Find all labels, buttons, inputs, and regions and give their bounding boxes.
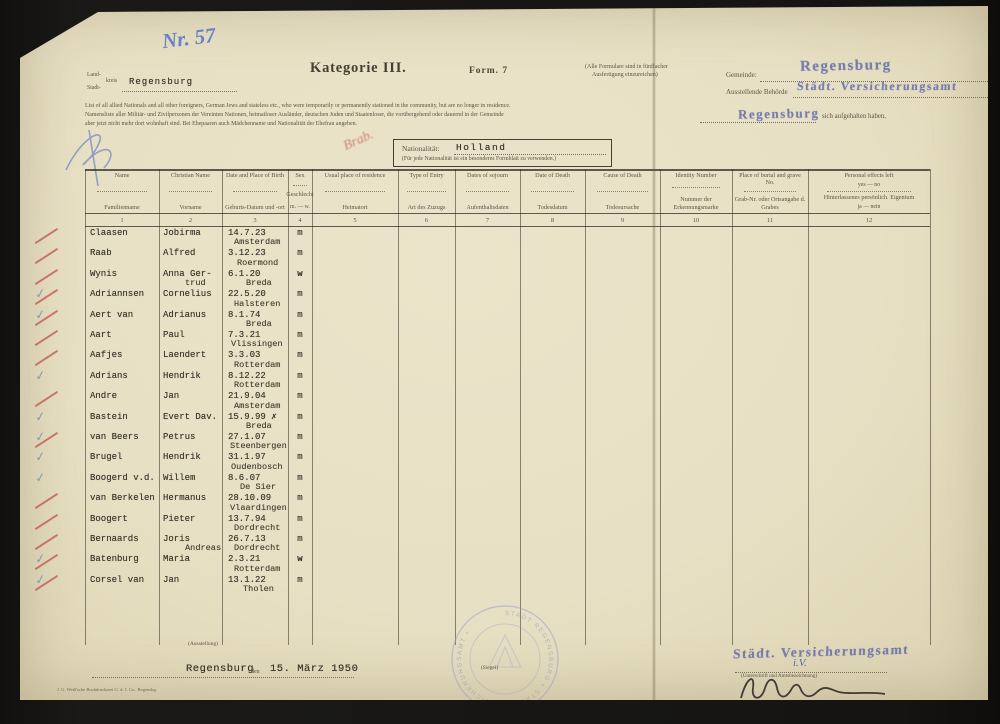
table-row: ✓Aert vanAdrianus8.1.74Bredam xyxy=(85,309,930,329)
column-number: 5 xyxy=(312,214,398,226)
row-birth-place: Dordrecht xyxy=(234,543,280,553)
red-checkmark xyxy=(35,534,59,551)
column-header-german: Geburts-Datum und -ort xyxy=(225,204,285,211)
row-surname: Boogert xyxy=(90,514,128,524)
row-first-name: Adrianus xyxy=(163,310,206,320)
row-surname: Adriannsen xyxy=(90,289,144,299)
row-sex: m xyxy=(288,514,312,524)
column-number: 3 xyxy=(222,214,288,226)
column-header: Dates of sojournAufenthaltsdaten xyxy=(455,171,520,212)
column-header-german: Todesdatum xyxy=(537,204,567,211)
column-number: 10 xyxy=(660,214,732,226)
column-header-german: Vorname xyxy=(179,204,201,211)
table-row: BernaardsJorisAndreas26.7.13Dordrechtm xyxy=(85,533,930,553)
table-row: ✓AdriansHendrik8.12.22Rotterdamm xyxy=(85,370,930,390)
kreis-line xyxy=(122,90,237,92)
row-sex: w xyxy=(288,269,312,279)
blue-checkmark: ✓ xyxy=(34,572,47,589)
header-divider xyxy=(672,187,721,188)
issue-date-typed: 15. März 1950 xyxy=(270,663,358,675)
copies-note-line2: Ausfertigung einzureichen) xyxy=(592,72,658,78)
row-birth-place: Halsteren xyxy=(234,299,280,309)
column-header: Cause of DeathTodesursache xyxy=(585,171,660,212)
row-birth-place: Breda xyxy=(246,421,272,431)
roster-table: NameFamilienname1Christian NameVorname2D… xyxy=(85,169,930,645)
row-birth-place: Roermond xyxy=(237,258,278,268)
row-birth-place: Tholen xyxy=(243,584,274,594)
header-divider xyxy=(466,191,510,192)
row-birth-place: Oudenbosch xyxy=(231,462,283,472)
column-header-german: Todesursache xyxy=(606,204,640,211)
instructions-german-2: aber jetzt nicht mehr dort wohnhaft sind… xyxy=(85,121,585,127)
column-header: Usual place of residenceHeimatort xyxy=(312,171,398,212)
table-row: ✓BasteinEvert Dav.15.9.99 ✗Bredam xyxy=(85,411,930,431)
blue-checkmark: ✓ xyxy=(34,409,47,426)
row-sex: m xyxy=(288,228,312,238)
kreis-value: Regensburg xyxy=(129,77,193,87)
row-first-name: Laendert xyxy=(163,350,206,360)
row-sex: m xyxy=(288,330,312,340)
table-row: ClaasenJobirma14.7.23Amsterdamm xyxy=(85,227,930,247)
header-divider xyxy=(97,191,147,192)
nationality-label: Nationalität: xyxy=(402,144,440,153)
column-header-german: Geschlecht xyxy=(286,191,314,198)
row-first-name: Evert Dav. xyxy=(163,412,217,422)
table-row: ✓van BeersPetrus27.1.07Steenbergenm xyxy=(85,431,930,451)
red-checkmark xyxy=(35,391,59,408)
row-first-name: Jan xyxy=(163,575,179,585)
row-first-name: Paul xyxy=(163,330,185,340)
row-surname: Brugel xyxy=(90,452,122,462)
row-surname: Bernaards xyxy=(90,534,139,544)
kreis-label-top: Land- xyxy=(87,72,101,78)
blue-checkmark: ✓ xyxy=(34,286,47,303)
kreis-label-bottom: Stadt- xyxy=(87,85,101,91)
column-header: NameFamilienname xyxy=(85,171,159,212)
form-number: Form. 7 xyxy=(469,66,508,76)
blue-checkmark: ✓ xyxy=(34,429,47,446)
column-header-german: Hinterlassenes persönlich. Eigentum xyxy=(824,194,915,201)
column-number: 12 xyxy=(808,214,930,226)
row-first-name: Willem xyxy=(163,473,195,483)
row-birth-place: Rotterdam xyxy=(234,360,280,370)
gemeinde-stamp: Regensburg xyxy=(800,57,892,76)
column-header-english: Usual place of residence xyxy=(325,172,386,179)
row-surname: Wynis xyxy=(90,269,117,279)
row-surname: Aart xyxy=(90,330,112,340)
row-birth-place: Dordrecht xyxy=(234,523,280,533)
blue-checkmark: ✓ xyxy=(34,450,47,467)
row-surname: Corsel van xyxy=(90,575,144,585)
header-divider xyxy=(744,191,796,192)
column-header-german: Heimatort xyxy=(342,204,367,211)
header-divider xyxy=(407,191,445,192)
row-first-name: Jobirma xyxy=(163,228,201,238)
row-first-name: Jan xyxy=(163,391,179,401)
row-birth-place: Breda xyxy=(246,319,272,329)
column-header-english: Identity Number xyxy=(675,172,716,179)
table-row: ✓Corsel vanJan13.1.22Tholenm xyxy=(85,574,930,594)
column-header-english-sub: yes — no xyxy=(858,182,880,189)
den-label: den xyxy=(251,669,260,675)
table-row: van BerkelenHermanus28.10.09Vlaardingenm xyxy=(85,492,930,512)
column-header-english: Christian Name xyxy=(171,172,210,179)
row-sex: m xyxy=(288,412,312,422)
row-first-name: Hendrik xyxy=(163,452,201,462)
row-sex: m xyxy=(288,575,312,585)
table-row: AafjesLaendert3.3.03Rotterdamm xyxy=(85,349,930,369)
blue-checkmark: ✓ xyxy=(34,470,47,487)
row-surname: van Beers xyxy=(90,432,139,442)
red-checkmark xyxy=(35,248,59,265)
row-sex: m xyxy=(288,289,312,299)
table-row: AartPaul7.3.21Vlissingenm xyxy=(85,329,930,349)
header-divider xyxy=(293,185,307,186)
row-surname: Raab xyxy=(90,248,112,258)
handwritten-red-note: Brab. xyxy=(341,127,376,154)
column-header-german-sub: ja — nein xyxy=(858,204,881,211)
row-first-name: Cornelius xyxy=(163,289,212,299)
row-sex: w xyxy=(288,554,312,564)
column-header-german: Nummer der Erkennungsmarke xyxy=(662,196,730,211)
row-first-name-2: Andreas xyxy=(185,543,221,553)
blue-checkmark: ✓ xyxy=(34,307,47,324)
row-first-name: Petrus xyxy=(163,432,195,442)
row-first-name: Alfred xyxy=(163,248,195,258)
table-row: ✓AdriannsenCornelius22.5.20Halsterenm xyxy=(85,288,930,308)
gemeinde-label: Gemeinde: xyxy=(726,71,757,79)
row-surname: Adrians xyxy=(90,371,128,381)
column-header-german: Grab-Nr. oder Ortsangabe d. Grabes xyxy=(734,196,806,211)
row-surname: Aafjes xyxy=(90,350,122,360)
city-seal-stamp: STADT REGENSBURG • STÄDT. VERSICHERUNGSA… xyxy=(447,601,563,717)
handwritten-number-note: Nr. 57 xyxy=(161,23,217,54)
date-line xyxy=(92,676,354,678)
row-birth-place: Rotterdam xyxy=(234,564,280,574)
instructions-german-1b: sich aufgehalten haben, xyxy=(822,113,886,120)
row-sex: m xyxy=(288,350,312,360)
row-surname: Aert van xyxy=(90,310,133,320)
column-header-german: Art des Zuzugs xyxy=(408,204,446,211)
row-first-name: Pieter xyxy=(163,514,195,524)
row-birth-place: Vlissingen xyxy=(231,339,283,349)
column-header-english: Personal effects left xyxy=(844,172,893,179)
column-header: Type of EntryArt des Zuzugs xyxy=(398,171,455,212)
column-number: 9 xyxy=(585,214,660,226)
form-title: Kategorie III. xyxy=(310,60,407,77)
column-header-english: Sex xyxy=(295,172,304,179)
blue-checkmark: ✓ xyxy=(34,552,47,569)
svg-text:STADT REGENSBURG • STÄDT. VERS: STADT REGENSBURG • STÄDT. VERSICHERUNGSA… xyxy=(456,610,554,708)
column-number: 1 xyxy=(85,214,159,226)
red-checkmark xyxy=(35,228,59,245)
red-checkmark xyxy=(35,513,59,530)
column-header: Date of DeathTodesdatum xyxy=(520,171,585,212)
column-number: 6 xyxy=(398,214,455,226)
column-number: 7 xyxy=(455,214,520,226)
handwritten-signature xyxy=(735,668,895,708)
column-header-english: Date and Place of Birth xyxy=(226,172,284,179)
row-first-name: Hermanus xyxy=(163,493,206,503)
header-divider xyxy=(827,191,912,192)
row-sex: m xyxy=(288,493,312,503)
column-header: Christian NameVorname xyxy=(159,171,222,212)
row-sex: m xyxy=(288,473,312,483)
kreis-label-brace: kreis xyxy=(106,78,117,84)
table-column-line xyxy=(930,169,931,645)
header-divider xyxy=(169,191,211,192)
row-birth-place: Amsterdam xyxy=(234,401,280,411)
column-header-english: Dates of sojourn xyxy=(467,172,508,179)
nationality-note: (Für jede Nationalität ist ein besondere… xyxy=(402,156,556,162)
table-row: BoogertPieter13.7.94Dordrechtm xyxy=(85,513,930,533)
column-number: 11 xyxy=(732,214,808,226)
issue-place-typed: Regensburg xyxy=(186,663,254,675)
table-row: AndreJan21.9.04Amsterdamm xyxy=(85,390,930,410)
row-sex: m xyxy=(288,310,312,320)
column-header-german-sub: m. — w. xyxy=(290,204,310,211)
paper-sheet: Nr. 57 Kategorie III. Form. 7 (Alle Form… xyxy=(20,6,988,700)
behoerde-label: Ausstellende Behörde xyxy=(726,88,788,96)
instructions-english: List of all allied Nationals and all oth… xyxy=(85,103,701,109)
row-surname: Batenburg xyxy=(90,554,139,564)
row-sex: m xyxy=(288,248,312,258)
nationality-line xyxy=(454,153,606,155)
scanned-document: Nr. 57 Kategorie III. Form. 7 (Alle Form… xyxy=(0,0,1000,724)
instructions-german-1: Namensliste aller Militär- und Zivilpers… xyxy=(85,112,701,118)
printer-imprint: J. G. Weiß'sche Buchdruckerei G. d. J. C… xyxy=(57,687,157,692)
header-divider xyxy=(325,191,384,192)
header-divider xyxy=(531,191,575,192)
table-row: ✓Boogerd v.d.Willem8.6.07De Sierm xyxy=(85,472,930,492)
row-sex: m xyxy=(288,391,312,401)
red-checkmark xyxy=(35,493,59,510)
behoerde-stamp: Städt. Versicherungsamt xyxy=(796,79,958,94)
table-row: WynisAnna Ger-trud6.1.20Bredaw xyxy=(85,268,930,288)
nationality-box: Nationalität: Holland (Für jede National… xyxy=(393,139,612,167)
row-sex: m xyxy=(288,371,312,381)
row-birth-place: Rotterdam xyxy=(234,380,280,390)
row-surname: Claasen xyxy=(90,228,128,238)
table-row: RaabAlfred3.12.23Roermondm xyxy=(85,247,930,267)
table-row: ✓BatenburgMaria2.3.21Rotterdamw xyxy=(85,553,930,573)
row-first-name-2: trud xyxy=(185,278,206,288)
red-checkmark xyxy=(35,330,59,347)
header-divider xyxy=(233,191,278,192)
red-checkmark xyxy=(35,269,59,286)
column-number: 4 xyxy=(288,214,312,226)
nationality-value: Holland xyxy=(456,142,506,153)
column-header-english: Cause of Death xyxy=(603,172,641,179)
row-birth-place: Breda xyxy=(246,278,272,288)
gemeinde-inline-stamp: Regensburg xyxy=(738,105,820,122)
column-header: Identity NumberNummer der Erkennungsmark… xyxy=(660,171,732,212)
column-header-english: Place of burial and grave No. xyxy=(734,172,806,187)
office-stamp: Städt. Versicherungsamt xyxy=(733,642,910,663)
column-header-german: Aufenthaltsdaten xyxy=(466,204,508,211)
row-birth-place: Vlaardingen xyxy=(230,503,287,513)
column-header: Personal effects leftyes — noHinterlasse… xyxy=(808,171,930,212)
row-birth-place: Steenbergen xyxy=(230,441,287,451)
row-sex: m xyxy=(288,452,312,462)
column-header-english: Date of Death xyxy=(535,172,570,179)
header-divider xyxy=(597,191,648,192)
row-sex: m xyxy=(288,534,312,544)
row-first-name: Maria xyxy=(163,554,190,564)
blue-checkmark: ✓ xyxy=(34,368,47,385)
column-header: Place of burial and grave No.Grab-Nr. od… xyxy=(732,171,808,212)
row-surname: van Berkelen xyxy=(90,493,155,503)
row-sex: m xyxy=(288,432,312,442)
row-surname: Boogerd v.d. xyxy=(90,473,155,483)
row-first-name: Hendrik xyxy=(163,371,201,381)
column-header: SexGeschlechtm. — w. xyxy=(288,171,312,212)
column-header-english: Type of Entry xyxy=(409,172,443,179)
column-number: 8 xyxy=(520,214,585,226)
row-birth-place: Amsterdam xyxy=(234,237,280,247)
row-birth-place: De Sier xyxy=(240,482,276,492)
table-row: ✓BrugelHendrik31.1.97Oudenboschm xyxy=(85,451,930,471)
column-header: Date and Place of BirthGeburts-Datum und… xyxy=(222,171,288,212)
seal-label: (Siegel) xyxy=(481,665,498,671)
paper-fold-crease xyxy=(652,8,656,700)
column-header-german: Familienname xyxy=(104,204,139,211)
column-number: 2 xyxy=(159,214,222,226)
red-checkmark xyxy=(35,350,59,367)
behoerde-line xyxy=(793,96,990,98)
issue-label: (Ausstellung) xyxy=(188,641,218,647)
row-surname: Andre xyxy=(90,391,117,401)
row-surname: Bastein xyxy=(90,412,128,422)
column-header-english: Name xyxy=(115,172,130,179)
